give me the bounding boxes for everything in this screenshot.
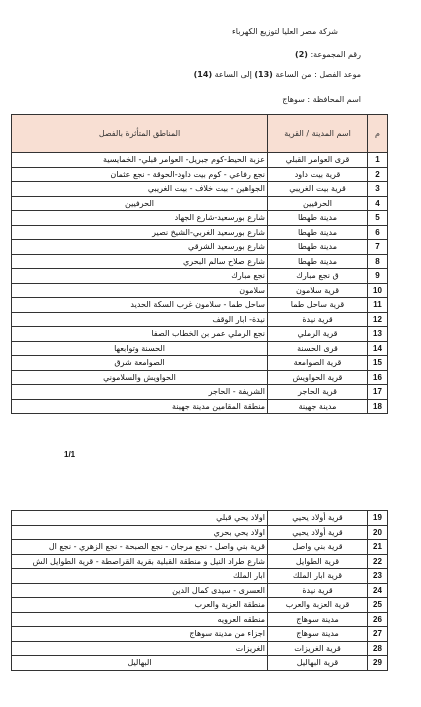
- row-index: 25: [368, 598, 388, 613]
- row-index: 29: [368, 656, 388, 671]
- city-name: قرية الحواويش: [268, 370, 368, 385]
- affected-areas: نيدة- ابار الوقف: [12, 312, 268, 327]
- table-row: 11قرية ساحل طماساحل طما - سلامون غرب الس…: [12, 298, 388, 313]
- table-row: 28قرية الغريزاتالغريزات: [12, 641, 388, 656]
- city-name: قرية بني واصل: [268, 540, 368, 555]
- city-name: قرية ابار الملك: [268, 569, 368, 584]
- row-index: 9: [368, 269, 388, 284]
- row-index: 5: [368, 211, 388, 226]
- table-row: 3قرية بيت الغريبيالجواهين - بيت خلاف - ب…: [12, 182, 388, 197]
- city-name: قرية الرملي: [268, 327, 368, 342]
- table-row: 8مدينة طهطاشارع صلاح سالم البحري: [12, 254, 388, 269]
- table-row: 23قرية ابار الملكابار الملك: [12, 569, 388, 584]
- city-name: قرية الغريزات: [268, 641, 368, 656]
- affected-areas: الصوامعة شرق: [12, 356, 268, 371]
- row-index: 27: [368, 627, 388, 642]
- table-row: 4الحرفيينالحرفيين: [12, 196, 388, 211]
- row-index: 13: [368, 327, 388, 342]
- row-index: 10: [368, 283, 388, 298]
- affected-areas: اولاد يحي قبلي: [12, 511, 268, 526]
- row-index: 15: [368, 356, 388, 371]
- row-index: 17: [368, 385, 388, 400]
- row-index: 22: [368, 554, 388, 569]
- group-value: (2): [295, 50, 308, 59]
- city-name: قرية نيدة: [268, 312, 368, 327]
- table-row: 1قرى العوامر القبليعزبة الحيط-كوم جبريل-…: [12, 153, 388, 168]
- group-label: رقم المجموعة:: [310, 50, 361, 59]
- time-mid: إلى الساعة: [215, 70, 252, 79]
- affected-areas: الحواويش والسلاموني: [12, 370, 268, 385]
- affected-areas: اولاد يحي بحري: [12, 525, 268, 540]
- city-name: قرية بيت الغريبي: [268, 182, 368, 197]
- affected-areas: العسرى - سيدى كمال الدين: [12, 583, 268, 598]
- row-index: 1: [368, 153, 388, 168]
- row-index: 11: [368, 298, 388, 313]
- row-index: 4: [368, 196, 388, 211]
- row-index: 24: [368, 583, 388, 598]
- page-number: 1/1: [64, 450, 75, 459]
- affected-areas: شارع بورسعيد الغربي-الشيخ نصير: [12, 225, 268, 240]
- table-row: 5مدينة طهطاشارع بورسعيد-شارع الجهاد: [12, 211, 388, 226]
- row-index: 21: [368, 540, 388, 555]
- city-name: قرية أولاد يحيي: [268, 511, 368, 526]
- table-row: 18مدينة جهينةمنطقة المقامين مدينة جهينة: [12, 399, 388, 414]
- city-name: قرية العزبة والعرب: [268, 598, 368, 613]
- city-name: قرى الحسنة: [268, 341, 368, 356]
- row-index: 8: [368, 254, 388, 269]
- row-index: 12: [368, 312, 388, 327]
- city-name: قرية بيت داود: [268, 167, 368, 182]
- table-row: 7مدينة طهطاشارع بورسعيد الشرقي: [12, 240, 388, 255]
- affected-areas: الشريفة - الحاجر: [12, 385, 268, 400]
- affected-areas: شارع بورسعيد-شارع الجهاد: [12, 211, 268, 226]
- affected-areas: الحرفيين: [12, 196, 268, 211]
- city-name: ق نجع مبارك: [268, 269, 368, 284]
- table-row: 16قرية الحواويشالحواويش والسلاموني: [12, 370, 388, 385]
- table-row: 10قرية سلامونسلامون: [12, 283, 388, 298]
- affected-areas: الحسنة وتوابعها: [12, 341, 268, 356]
- table-row: 15قرية الصوامعةالصوامعة شرق: [12, 356, 388, 371]
- city-name: قرية أولاد يحيي: [268, 525, 368, 540]
- row-index: 18: [368, 399, 388, 414]
- table-row: 9ق نجع مباركنجع مبارك: [12, 269, 388, 284]
- affected-areas: اجزاء من مدينة سوهاج: [12, 627, 268, 642]
- row-index: 20: [368, 525, 388, 540]
- time-label: موعد الفصل : من الساعة: [275, 70, 361, 79]
- row-index: 26: [368, 612, 388, 627]
- time-from: (13): [254, 70, 272, 79]
- row-index: 14: [368, 341, 388, 356]
- table-row: 12قرية نيدةنيدة- ابار الوقف: [12, 312, 388, 327]
- outage-table-page1: م اسم المدينة / القرية المناطق المتأثرة …: [11, 114, 388, 414]
- row-index: 6: [368, 225, 388, 240]
- city-name: مدينة طهطا: [268, 254, 368, 269]
- affected-areas: قرية بني واصل - نجع مرجان - نجع الصبحة -…: [12, 540, 268, 555]
- governorate-value: سوهاج: [282, 95, 305, 104]
- row-index: 7: [368, 240, 388, 255]
- table-row: 14قرى الحسنةالحسنة وتوابعها: [12, 341, 388, 356]
- table-header-row: م اسم المدينة / القرية المناطق المتأثرة …: [12, 115, 388, 153]
- city-name: قرية ساحل طما: [268, 298, 368, 313]
- table-row: 13قرية الرملينجع الرملي عمر بن الخطاب ال…: [12, 327, 388, 342]
- row-index: 28: [368, 641, 388, 656]
- table-row: 20قرية أولاد يحيياولاد يحي بحري: [12, 525, 388, 540]
- affected-areas: نجع رفاعي - كوم بيت داود-الحوقة - نجع عث…: [12, 167, 268, 182]
- governorate: اسم المحافظة : سوهاج: [282, 95, 361, 104]
- city-name: قرية نيدة: [268, 583, 368, 598]
- row-index: 23: [368, 569, 388, 584]
- affected-areas: عزبة الحيط-كوم جبريل- العوامر قبلي- الخم…: [12, 153, 268, 168]
- affected-areas: منطقة العزبة والعرب: [12, 598, 268, 613]
- group-number: رقم المجموعة: (2): [295, 50, 361, 59]
- city-name: قرية الطوايل: [268, 554, 368, 569]
- row-index: 3: [368, 182, 388, 197]
- table-row: 21قرية بني واصلقرية بني واصل - نجع مرجان…: [12, 540, 388, 555]
- affected-areas: شارع بورسعيد الشرقي: [12, 240, 268, 255]
- row-index: 16: [368, 370, 388, 385]
- affected-areas: نجع الرملي عمر بن الخطاب الصفا: [12, 327, 268, 342]
- city-name: مدينة طهطا: [268, 240, 368, 255]
- city-name: قرى العوامر القبلي: [268, 153, 368, 168]
- city-name: مدينة طهطا: [268, 211, 368, 226]
- table-row: 17قرية الحاجرالشريفة - الحاجر: [12, 385, 388, 400]
- table-row: 24قرية نيدةالعسرى - سيدى كمال الدين: [12, 583, 388, 598]
- city-name: مدينة جهينة: [268, 399, 368, 414]
- affected-areas: منطقة المقامين مدينة جهينة: [12, 399, 268, 414]
- outage-table-page2: 19قرية أولاد يحيياولاد يحي قبلي20قرية أو…: [11, 510, 388, 671]
- table-row: 27مدينة سوهاجاجزاء من مدينة سوهاج: [12, 627, 388, 642]
- table-row: 25قرية العزبة والعربمنطقة العزبة والعرب: [12, 598, 388, 613]
- city-name: الحرفيين: [268, 196, 368, 211]
- city-name: مدينة سوهاج: [268, 627, 368, 642]
- affected-areas: الغريزات: [12, 641, 268, 656]
- city-name: مدينة طهطا: [268, 225, 368, 240]
- table-row: 26مدينة سوهاجمنطقه العرويه: [12, 612, 388, 627]
- cutoff-time: موعد الفصل : من الساعة (13) إلى الساعة (…: [194, 70, 361, 79]
- affected-areas: ساحل طما - سلامون غرب السكة الحديد: [12, 298, 268, 313]
- affected-areas: منطقه العرويه: [12, 612, 268, 627]
- city-name: قرية سلامون: [268, 283, 368, 298]
- table-row: 6مدينة طهطاشارع بورسعيد الغربي-الشيخ نصي…: [12, 225, 388, 240]
- col-header-city: اسم المدينة / القرية: [268, 115, 368, 153]
- city-name: قرية البهاليل: [268, 656, 368, 671]
- city-name: قرية الحاجر: [268, 385, 368, 400]
- table-row: 2قرية بيت داودنجع رفاعي - كوم بيت داود-ا…: [12, 167, 388, 182]
- affected-areas: نجع مبارك: [12, 269, 268, 284]
- company-name: شركة مصر العليا لتوزيع الكهرباء: [232, 27, 338, 36]
- row-index: 19: [368, 511, 388, 526]
- col-header-index: م: [368, 115, 388, 153]
- table-row: 22قرية الطوايلشارع طراد النيل و منطقة ال…: [12, 554, 388, 569]
- time-to: (14): [194, 70, 212, 79]
- affected-areas: البهاليل: [12, 656, 268, 671]
- row-index: 2: [368, 167, 388, 182]
- city-name: مدينة سوهاج: [268, 612, 368, 627]
- city-name: قرية الصوامعة: [268, 356, 368, 371]
- affected-areas: شارع طراد النيل و منطقة القبلية بقرية ال…: [12, 554, 268, 569]
- affected-areas: ابار الملك: [12, 569, 268, 584]
- affected-areas: الجواهين - بيت خلاف - بيت الغريبي: [12, 182, 268, 197]
- col-header-areas: المناطق المتأثرة بالفصل: [12, 115, 268, 153]
- affected-areas: شارع صلاح سالم البحري: [12, 254, 268, 269]
- affected-areas: سلامون: [12, 283, 268, 298]
- governorate-label: اسم المحافظة :: [307, 95, 361, 104]
- table-row: 19قرية أولاد يحيياولاد يحي قبلي: [12, 511, 388, 526]
- table-row: 29قرية البهاليلالبهاليل: [12, 656, 388, 671]
